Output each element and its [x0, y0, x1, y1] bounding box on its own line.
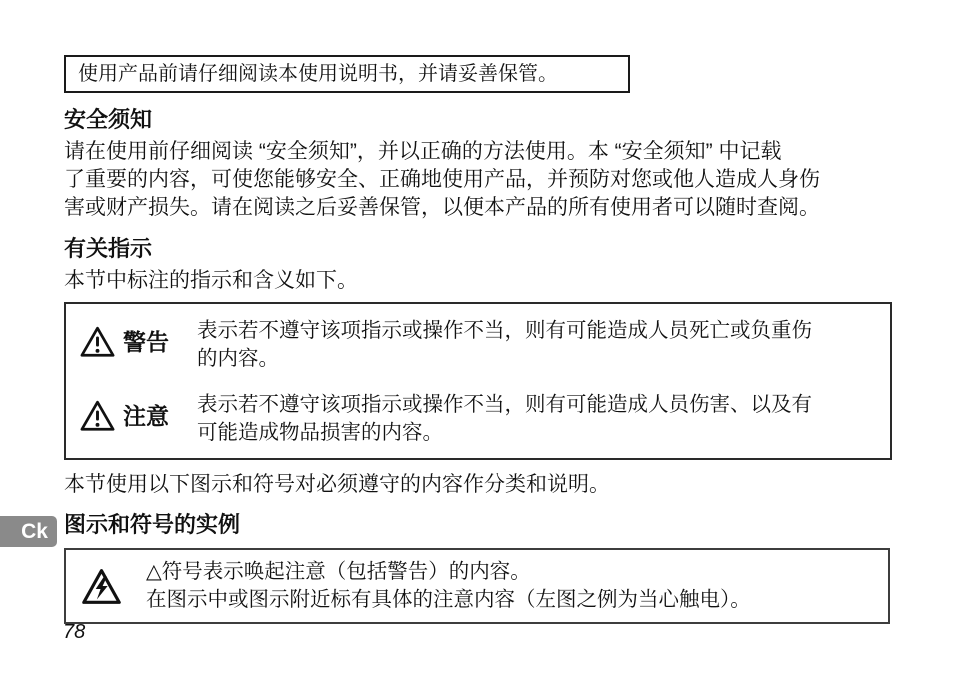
indications-heading: 有关指示: [64, 236, 890, 262]
table-row: 注意 表示若不遵守该项指示或操作不当，则有可能造成人员伤害、以及有 可能造成物品…: [66, 391, 890, 446]
symbol-example-description: △符号表示唤起注意（包括警告）的内容。 在图示中或图示附近标有具体的注意内容（左…: [146, 558, 751, 614]
page-content: 使用产品前请仔细阅读本使用说明书，并请妥善保管。 安全须知 请在使用前仔细阅读 …: [64, 55, 890, 624]
caution-sign-cell: 注意: [79, 391, 197, 432]
safety-notes-heading: 安全须知: [64, 107, 890, 133]
warning-description: 表示若不遵守该项指示或操作不当，则有可能造成人员死亡或负重伤 的内容。: [197, 317, 876, 372]
caution-label: 注意: [123, 404, 169, 428]
electric-shock-triangle-icon: [81, 567, 122, 606]
language-tab-label: Ck: [21, 520, 48, 544]
page-number: 78: [63, 620, 85, 644]
warning-triangle-icon: [79, 399, 116, 432]
symbols-heading: 图示和符号的实例: [64, 512, 890, 538]
manual-page: 使用产品前请仔细阅读本使用说明书，并请妥善保管。 安全须知 请在使用前仔细阅读 …: [0, 0, 954, 677]
symbol-example-box: △符号表示唤起注意（包括警告）的内容。 在图示中或图示附近标有具体的注意内容（左…: [64, 548, 890, 624]
warning-triangle-icon: [79, 325, 116, 358]
language-tab-ck: Ck: [0, 516, 57, 547]
indications-intro: 本节中标注的指示和含义如下。: [64, 267, 890, 295]
safety-notes-paragraph: 请在使用前仔细阅读 “安全须知”，并以正确的方法使用。本 “安全须知” 中记载 …: [64, 138, 890, 222]
indications-outro: 本节使用以下图示和符号对必须遵守的内容作分类和说明。: [64, 471, 890, 499]
warning-sign-cell: 警告: [79, 317, 197, 358]
warning-label: 警告: [123, 330, 169, 354]
table-row: 警告 表示若不遵守该项指示或操作不当，则有可能造成人员死亡或负重伤 的内容。: [66, 317, 890, 372]
caution-description: 表示若不遵守该项指示或操作不当，则有可能造成人员伤害、以及有 可能造成物品损害的…: [197, 391, 876, 446]
indication-table: 警告 表示若不遵守该项指示或操作不当，则有可能造成人员死亡或负重伤 的内容。 注…: [64, 302, 892, 460]
read-before-use-notice: 使用产品前请仔细阅读本使用说明书，并请妥善保管。: [64, 55, 630, 93]
